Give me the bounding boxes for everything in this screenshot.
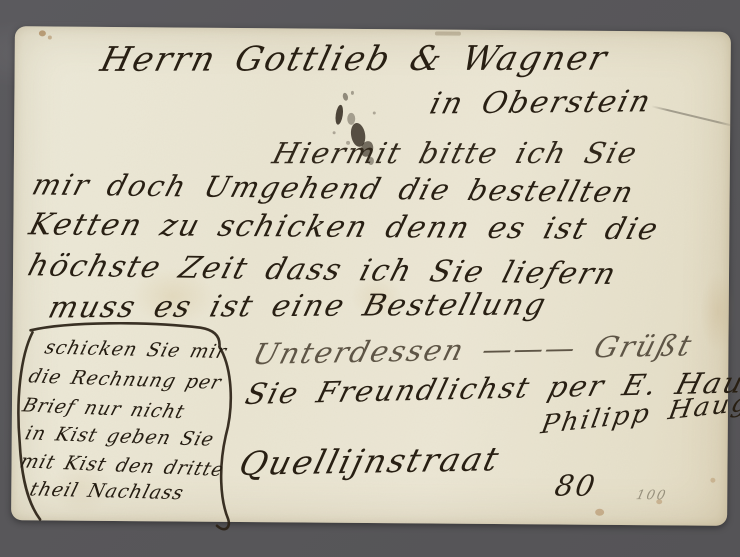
margin-note-line-2: die Rechnung per (26, 365, 224, 394)
address-line-place: in Oberstein (426, 84, 656, 121)
fox-spot (710, 478, 715, 483)
postcard: Herrn Gottlieb & Wagner in Oberstein Hie… (11, 26, 731, 526)
fox-spot (39, 30, 46, 36)
message-line-6: Unterdessen ——— Grüßt (249, 328, 697, 371)
margin-note-line-6: theil Nachlass (27, 478, 186, 504)
sender-street: Quellijnstraat (235, 439, 504, 483)
message-line-5: muss es ist eine Bestellung (45, 288, 551, 326)
fox-spot (595, 509, 604, 516)
address-line-recipient: Herrn Gottlieb & Wagner (97, 39, 613, 80)
margin-note-line-1: schicken Sie mir (42, 336, 229, 363)
message-line-2: mir doch Umgehend die bestellten (29, 167, 639, 209)
message-line-1: Hiermit bitte ich Sie (269, 136, 642, 170)
sender-house-number: 80 (552, 468, 599, 502)
message-line-4: höchste Zeit dass ich Sie liefern (24, 248, 621, 292)
edge-smudge (435, 31, 461, 35)
margin-note-line-3: Brief nur nicht (20, 394, 188, 423)
fox-spot (48, 35, 52, 39)
margin-note-line-4: in Kist geben Sie (23, 422, 217, 450)
scratch-mark (651, 105, 735, 127)
pencil-mark: 100 (635, 488, 669, 503)
photo-background: Herrn Gottlieb & Wagner in Oberstein Hie… (0, 0, 740, 557)
message-line-3: Ketten zu schicken denn es ist die (25, 207, 663, 247)
age-stain (700, 272, 735, 352)
margin-note-line-5: mit Kist den dritte (17, 450, 226, 481)
